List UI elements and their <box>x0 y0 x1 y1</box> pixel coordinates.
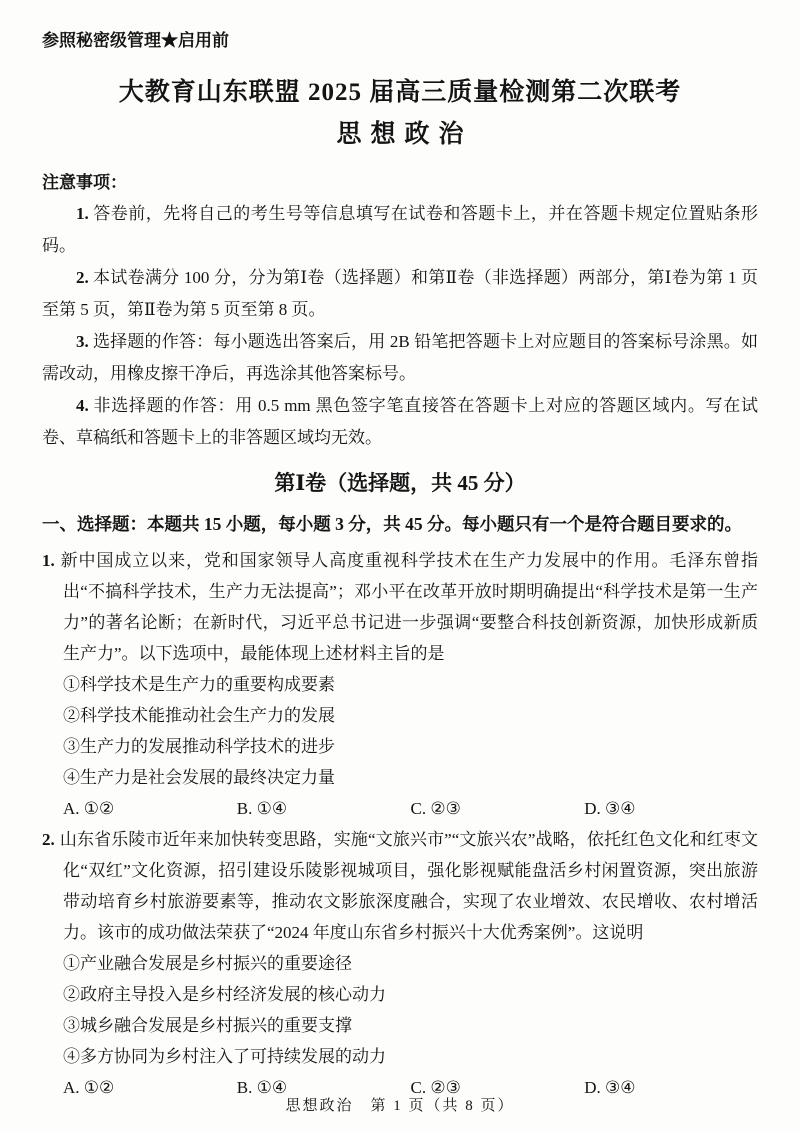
notice-item-number: 1. <box>76 204 93 223</box>
question-1-option-1: ①科学技术是生产力的重要构成要素 <box>42 669 758 700</box>
question-stem-text: 山东省乐陵市近年来加快转变思路，实施“文旅兴市”“文旅兴农”战略，依托红色文化和… <box>60 830 758 942</box>
question-2: 2.山东省乐陵市近年来加快转变思路，实施“文旅兴市”“文旅兴农”战略，依托红色文… <box>42 824 758 1103</box>
exam-subject-title: 思想政治 <box>42 118 758 152</box>
exam-title: 大教育山东联盟 2025 届高三质量检测第二次联考 <box>42 76 758 110</box>
question-number: 1. <box>42 551 60 570</box>
question-number: 2. <box>42 830 60 849</box>
exam-paper-page: 参照秘密级管理★启用前 大教育山东联盟 2025 届高三质量检测第二次联考 思想… <box>0 0 800 1131</box>
notice-item-text: 非选择题的作答：用 0.5 mm 黑色签字笔直接答在答题卡上对应的答题区域内。写… <box>42 396 758 447</box>
question-2-option-4: ④多方协同为乡村注入了可持续发展的动力 <box>42 1041 758 1072</box>
question-2-stem: 2.山东省乐陵市近年来加快转变思路，实施“文旅兴市”“文旅兴农”战略，依托红色文… <box>42 824 758 948</box>
section1-heading: 第Ⅰ卷（选择题，共 45 分） <box>42 468 758 498</box>
choice-d: D. ③④ <box>584 793 758 824</box>
notice-item-text: 答卷前，先将自己的考生号等信息填写在试卷和答题卡上，并在答题卡规定位置贴条形码。 <box>42 204 758 255</box>
question-1-stem: 1.新中国成立以来，党和国家领导人高度重视科学技术在生产力发展中的作用。毛泽东曾… <box>42 545 758 669</box>
choice-c: C. ②③ <box>411 793 585 824</box>
question-1-option-3: ③生产力的发展推动科学技术的进步 <box>42 731 758 762</box>
multiple-choice-instructions: 一、选择题：本题共 15 小题，每小题 3 分，共 45 分。每小题只有一个是符… <box>42 508 758 541</box>
page-footer: 思想政治 第 1 页（共 8 页） <box>0 1094 800 1115</box>
question-1: 1.新中国成立以来，党和国家领导人高度重视科学技术在生产力发展中的作用。毛泽东曾… <box>42 545 758 824</box>
notice-item-4: 4.非选择题的作答：用 0.5 mm 黑色签字笔直接答在答题卡上对应的答题区域内… <box>42 390 758 454</box>
security-classification-label: 参照秘密级管理★启用前 <box>42 30 758 52</box>
notice-item-number: 2. <box>76 268 93 287</box>
notice-item-text: 选择题的作答：每小题选出答案后，用 2B 铅笔把答题卡上对应题目的答案标号涂黑。… <box>42 332 758 383</box>
exam-notice-section: 注意事项： 1.答卷前，先将自己的考生号等信息填写在试卷和答题卡上，并在答题卡规… <box>42 168 758 454</box>
notice-item-number: 4. <box>76 396 93 415</box>
question-stem-text: 新中国成立以来，党和国家领导人高度重视科学技术在生产力发展中的作用。毛泽东曾指出… <box>60 551 758 663</box>
question-1-option-4: ④生产力是社会发展的最终决定力量 <box>42 762 758 793</box>
notice-heading: 注意事项： <box>42 168 758 198</box>
notice-item-text: 本试卷满分 100 分，分为第Ⅰ卷（选择题）和第Ⅱ卷（非选择题）两部分，第Ⅰ卷为… <box>42 268 758 319</box>
notice-item-2: 2.本试卷满分 100 分，分为第Ⅰ卷（选择题）和第Ⅱ卷（非选择题）两部分，第Ⅰ… <box>42 262 758 326</box>
choice-a: A. ①② <box>63 793 237 824</box>
notice-item-number: 3. <box>76 332 93 351</box>
question-1-answer-choices: A. ①② B. ①④ C. ②③ D. ③④ <box>42 793 758 824</box>
question-2-option-1: ①产业融合发展是乡村振兴的重要途径 <box>42 948 758 979</box>
notice-item-1: 1.答卷前，先将自己的考生号等信息填写在试卷和答题卡上，并在答题卡规定位置贴条形… <box>42 198 758 262</box>
question-2-option-2: ②政府主导投入是乡村经济发展的核心动力 <box>42 979 758 1010</box>
question-2-option-3: ③城乡融合发展是乡村振兴的重要支撑 <box>42 1010 758 1041</box>
question-1-option-2: ②科学技术能推动社会生产力的发展 <box>42 700 758 731</box>
choice-b: B. ①④ <box>237 793 411 824</box>
notice-item-3: 3.选择题的作答：每小题选出答案后，用 2B 铅笔把答题卡上对应题目的答案标号涂… <box>42 326 758 390</box>
